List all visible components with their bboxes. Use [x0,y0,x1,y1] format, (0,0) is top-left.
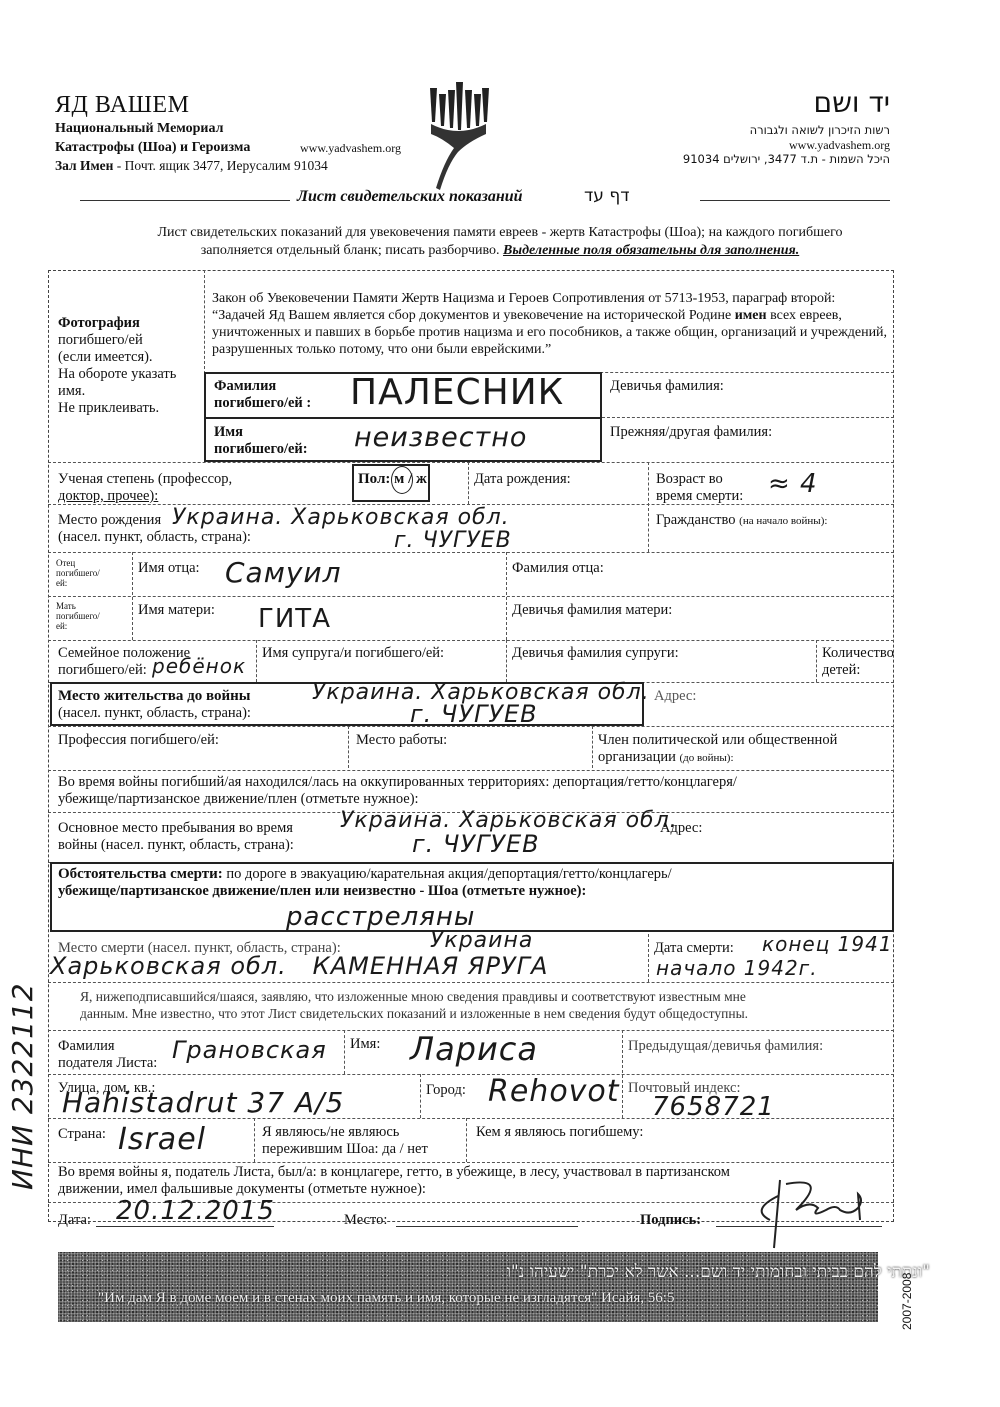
form-title-he: דף עד [584,186,629,206]
residence-field-line2[interactable]: г. ЧУГУЕВ [410,700,538,728]
residence-address-label: Адрес: [654,688,696,705]
death-circumstances-label: Обстоятельства смерти: по дороге в эваку… [58,866,672,900]
org-url-left: www.yadvashem.org [300,141,401,156]
address-text: - Почт. ящик 3477, Иерусалим 91034 [113,158,327,173]
photo-line: погибшего/ей [58,332,203,349]
signature-label: Подпись: [640,1212,701,1229]
hall-label: Зал Имен [55,158,113,173]
form-title-ru: Лист свидетельских показаний [297,188,523,206]
birthplace-field-line1[interactable]: Украина. Харьковская обл. [172,505,510,530]
required-note: Выделенные поля обязательны для заполнен… [503,243,799,258]
signature-icon[interactable] [740,1170,890,1250]
divider [348,726,349,768]
workplace-label: Место работы: [356,732,447,749]
divider [468,462,469,504]
year-stamp: 2007-2008 [900,1273,914,1330]
father-name-field[interactable]: Самуил [225,556,342,589]
divider [48,770,894,771]
children-count-label: Количестводетей: [822,645,894,679]
divider [256,640,257,682]
submitter-surname-label: Фамилияподателя Листа: [58,1038,157,1072]
photo-line: Не приклеивать. [58,400,203,417]
divider [466,1118,467,1162]
photo-title: Фотография [58,315,203,332]
victim-maiden-label: Девичья фамилия: [610,378,724,395]
death-date-field-line1[interactable]: конец 1941 [762,932,893,956]
zip-field[interactable]: 7658721 [652,1092,775,1122]
photo-line: На обороте указать [58,366,203,383]
birthplace-field-line2[interactable]: г. ЧУГУЕВ [394,528,512,553]
submitter-wartime-label: Во время войны я, податель Листа, был/а:… [58,1164,730,1198]
place-field[interactable] [396,1226,578,1227]
death-place-field-line2[interactable]: Харьковская обл. КАМЕННАЯ ЯРУГА [50,952,548,980]
city-field[interactable]: Rehovot [488,1074,620,1109]
survivor-label: Я являюсь/не являюсьпережившим Шоа: да /… [262,1124,428,1158]
marital-status-field[interactable]: ребёнок [152,654,246,678]
divider [48,1162,894,1163]
country-field[interactable]: Israel [118,1122,206,1157]
father-surname-label: Фамилия отца: [512,560,604,577]
degree-label: Ученая степень (профессор,доктор, прочее… [58,471,232,505]
divider [48,462,894,463]
date-label: Дата: [58,1212,91,1229]
org-name-ru: ЯД ВАШЕМ [55,92,189,119]
residence-label: Место жительства до войны(насел. пункт, … [58,688,251,722]
intro-line-1: Лист свидетельских показаний для увекове… [157,225,842,240]
law-text-bold: имен [735,308,767,323]
submitter-surname-field[interactable]: Грановская [172,1036,327,1064]
photo-line: имя. [58,383,203,400]
wartime-place-label: Основное место пребывания во времявойны … [58,820,294,854]
submitter-name-label: Имя: [350,1036,380,1053]
photo-box: Фотография погибшего/ей (если имеется). … [58,315,203,417]
mother-name-label: Имя матери: [138,602,215,619]
date-field[interactable]: 20.12.2015 [116,1196,275,1226]
menorah-icon [428,82,490,192]
divider [816,640,817,682]
victim-former-surname-label: Прежняя/другая фамилия: [610,424,772,441]
country-label: Страна: [58,1126,106,1143]
place-label: Место: [344,1212,387,1229]
wartime-status-label: Во время войны погибший/ая находился/лас… [58,774,737,808]
divider [48,982,894,983]
divider [602,417,894,418]
footer-quote-ru: "Им дам Я в доме моем и в стенах моих па… [98,1290,674,1307]
submitter-previous-surname-label: Предыдущая/девичья фамилия: [628,1038,823,1055]
org-subtitle2-ru: Катастрофы (Шоа) и Героизма [55,140,250,156]
divider [648,462,649,552]
death-date-field-line2[interactable]: начало 1942г. [656,956,818,980]
mother-name-field[interactable]: ГИТА [258,604,331,634]
submitter-name-field[interactable]: Лариса [410,1030,538,1068]
victim-name-field[interactable]: неизвестно [354,422,527,453]
org-address-he: היכל השמות - ת.ד 3477, ירושלים 91034 [683,152,890,166]
gender-selected-circle [391,466,413,494]
org-address-ru: Зал Имен - Почт. ящик 3477, Иерусалим 91… [55,158,328,174]
divider [48,640,894,641]
intro-text: Лист свидетельских показаний для увекове… [60,224,940,260]
death-date-label: Дата смерти: [654,940,734,957]
footer-quote-he: "ונתתי להם בביתי ובחומותי יד ושם... אשר … [507,1262,930,1282]
father-name-label: Имя отца: [138,560,200,577]
divider [204,417,602,419]
spouse-maiden-label: Девичья фамилия супруги: [512,645,679,662]
citizenship-label: Гражданство (на начало войны): [656,512,827,530]
birthdate-label: Дата рождения: [474,471,571,488]
divider [506,640,507,682]
city-label: Город: [426,1082,466,1099]
divider [592,726,593,768]
law-text: Закон об Увековечении Памяти Жертв Нациз… [212,290,888,358]
divider [48,1074,894,1075]
org-subtitle-ru: Национальный Мемориал [55,121,223,137]
divider [420,1074,421,1118]
divider [48,596,894,597]
intro-line-2: заполняется отдельный бланк; писать разб… [201,243,503,258]
organization-member-label: Член политической или общественнойоргани… [598,732,837,767]
org-name-he: יד ושם [814,86,891,119]
victim-surname-field[interactable]: ПАЛЕСНИК [350,372,564,413]
wartime-place-field-line2[interactable]: г. ЧУГУЕВ [412,830,540,858]
street-field[interactable]: Hahistadrut 37 A/5 [62,1086,344,1119]
divider [648,934,649,982]
victim-name-label: Имяпогибшего/ей: [214,424,308,458]
declaration-text: Я, нижеподписавшийся/шаяся, заявляю, что… [80,988,880,1022]
org-url-right: www.yadvashem.org [789,138,890,153]
margin-note: ИНИ 2322112 [6,982,39,1190]
mother-side-label: Матьпогибшего/ей: [56,601,100,631]
org-subtitle-he: רשות הזיכרון לשואה ולגבורה [750,123,890,137]
divider [254,1118,255,1162]
title-rule-left [80,200,290,201]
spouse-name-label: Имя супруга/и погибшего/ей: [262,645,444,662]
mother-maiden-label: Девичья фамилия матери: [512,602,672,619]
wartime-address-label: Адрес: [660,820,702,837]
father-side-label: Отецпогибшего/ей: [56,558,100,588]
date-underline [96,1226,274,1227]
age-label: Возраст вовремя смерти: [656,471,743,505]
divider [344,1030,345,1074]
death-place-field-line1[interactable]: Украина [430,928,533,953]
title-rule-right [700,200,890,201]
photo-line: (если имеется). [58,349,203,366]
victim-surname-label: Фамилияпогибшего/ей : [214,378,311,412]
relation-label: Кем я являюсь погибшему: [476,1124,643,1141]
profession-label: Профессия погибшего/ей: [58,732,219,749]
age-field[interactable]: ≈ 4 [768,469,818,499]
